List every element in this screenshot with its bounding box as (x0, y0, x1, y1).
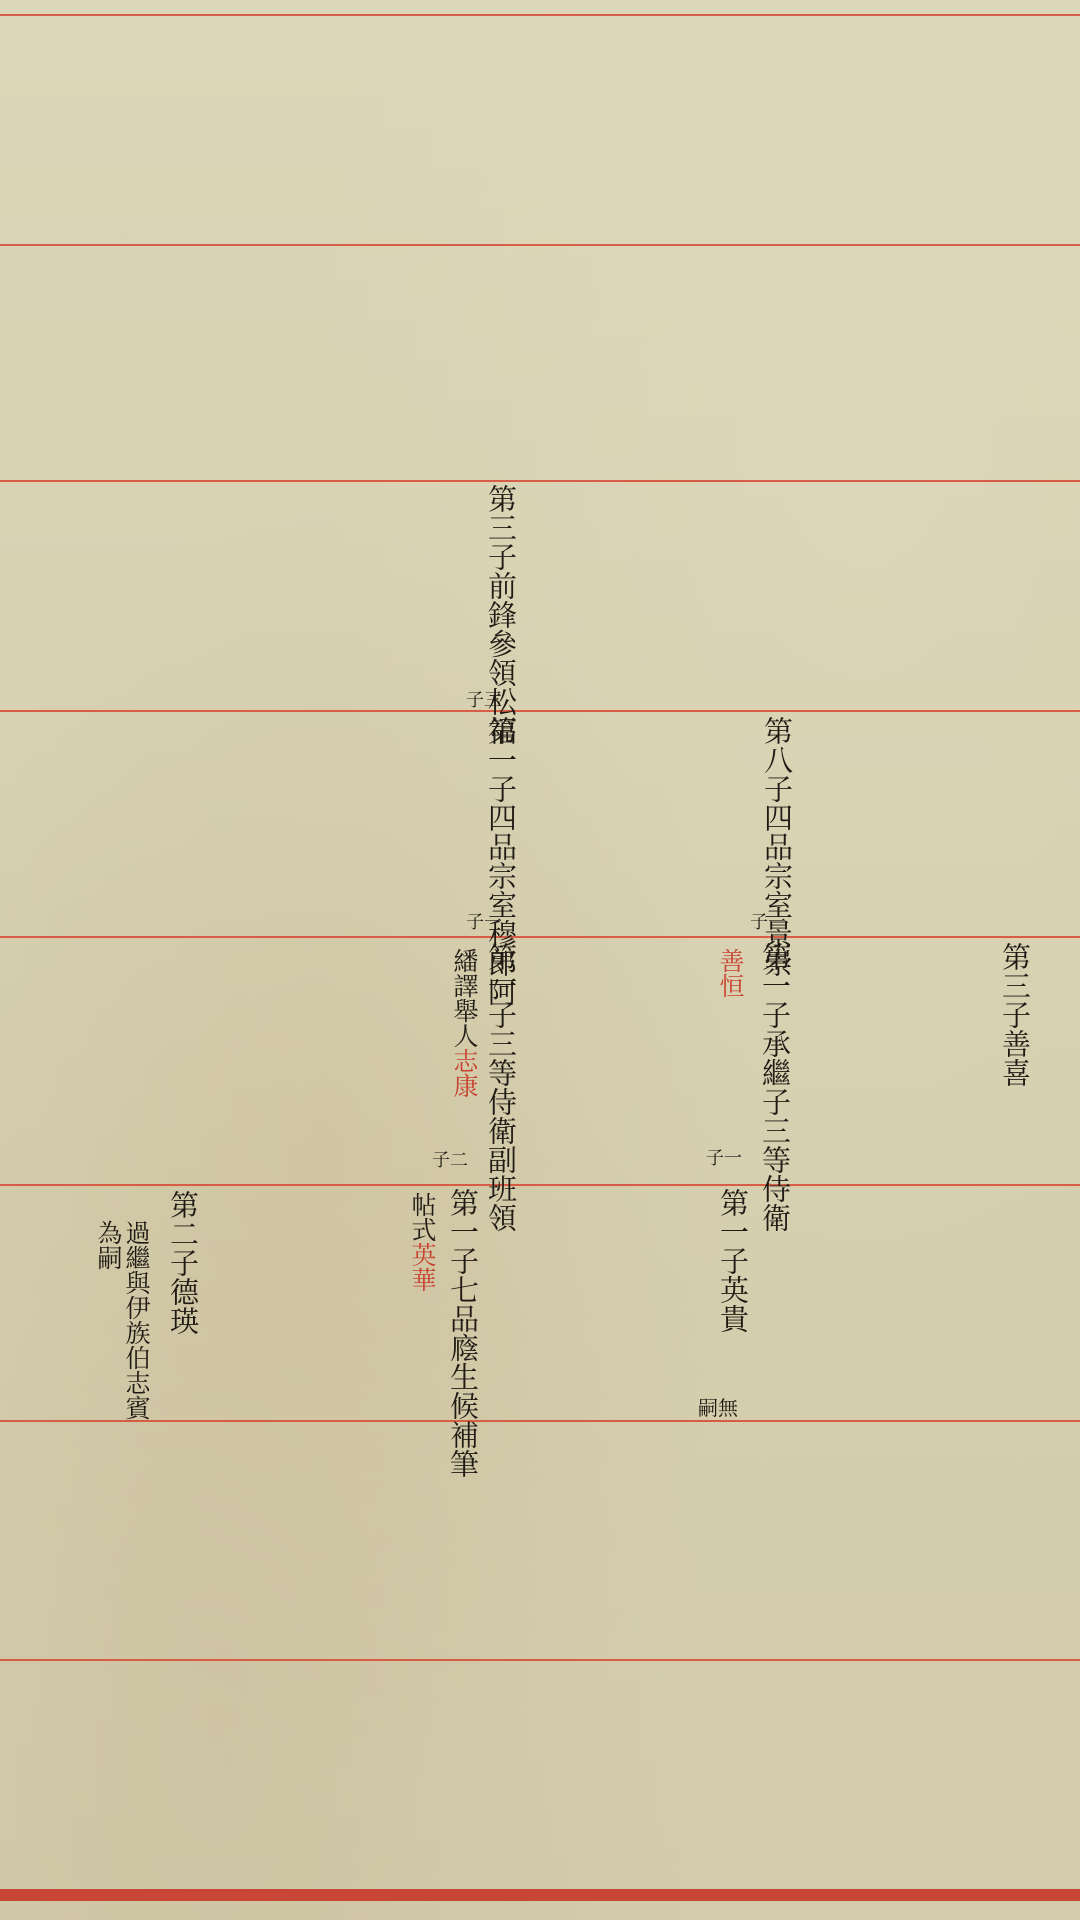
rule-line-1 (0, 14, 1080, 16)
entry-shanheng-marker: 子一 (706, 1150, 742, 1168)
yinghua-name: 英華 (408, 1242, 437, 1292)
entry-shanheng: 第一子承繼子三等侍衛 (760, 942, 789, 1232)
entry-deying: 第二子德瑛 (168, 1190, 197, 1335)
rule-line-6 (0, 1184, 1080, 1186)
entry-mulanga-marker: 子一 (466, 914, 502, 932)
bottom-border (0, 1889, 1080, 1901)
entry-yinghua-sub: 帖式英華 (410, 1192, 435, 1292)
rule-line-5 (0, 936, 1080, 938)
entry-yinghua: 第一子七品廕生候補筆 (448, 1188, 477, 1478)
entry-yinggui-note: 無嗣 (698, 1392, 738, 1421)
rule-line-3 (0, 480, 1080, 482)
yinghua-title: 帖式 (408, 1192, 437, 1242)
entry-deying-sub2: 為嗣 (96, 1220, 121, 1270)
rule-line-7 (0, 1420, 1080, 1422)
entry-jingchong: 第八子四品宗室景崇 (762, 716, 791, 977)
entry-zhikang-sub: 繙譯舉人志康 (452, 948, 477, 1098)
entry-yinggui: 第一子英貴 (718, 1188, 747, 1333)
rule-line-8 (0, 1659, 1080, 1661)
zhikang-name: 志康 (450, 1048, 479, 1098)
zhikang-title: 繙譯舉人 (450, 948, 479, 1048)
entry-deying-sub: 過繼與伊族伯志賓 (124, 1220, 149, 1420)
entry-zhikang-marker: 子二 (432, 1152, 468, 1170)
entry-shanheng-name: 善恒 (718, 948, 743, 998)
entry-jingchong-marker: 子一 (750, 914, 786, 932)
entry-shanxi: 第三子善喜 (1000, 942, 1029, 1087)
entry-zhikang: 第一子三等侍衛副班領 (486, 942, 515, 1232)
rule-line-4 (0, 710, 1080, 712)
rule-line-2 (0, 244, 1080, 246)
entry-songfu-marker: 子三 (466, 692, 502, 710)
